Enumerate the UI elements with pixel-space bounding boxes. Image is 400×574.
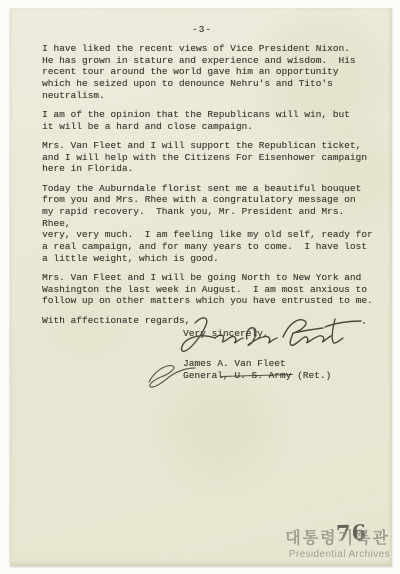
rank-pre: General: [183, 370, 223, 381]
letter-page: -3- I have liked the recent views of Vic…: [10, 8, 392, 566]
typed-name: James A. Van Fleet: [183, 358, 378, 370]
paragraph-republicans-win: I am of the opinion that the Republicans…: [42, 109, 378, 132]
rank-struck-text: , U. S. Army: [223, 370, 291, 382]
letter-body: I have liked the recent views of Vice Pr…: [10, 43, 392, 381]
paragraph-nixon: I have liked the recent views of Vice Pr…: [42, 43, 378, 102]
sign-off-line: Very sincerely,: [183, 328, 378, 340]
paragraph-republican-ticket: Mrs. Van Fleet and I will support the Re…: [42, 140, 378, 175]
closing-line: With affectionate regards,: [42, 315, 378, 327]
watermark-english: Presidential Archives: [150, 549, 390, 560]
rank-line: General, U. S. Army (Ret.): [183, 370, 378, 382]
paragraph-bouquet: Today the Auburndale florist sent me a b…: [42, 183, 378, 265]
signature-block: Very sincerely, James A. Van Fleet Gener…: [183, 328, 378, 381]
page-number: -3-: [32, 24, 372, 35]
archives-watermark: 대통령기록관 Presidential Archives: [150, 525, 390, 560]
scanned-letter: -3- I have liked the recent views of Vic…: [0, 0, 400, 574]
paragraph-travel-plans: Mrs. Van Fleet and I will be going North…: [42, 272, 378, 307]
watermark-korean: 대통령기록관: [150, 525, 390, 548]
rank-post: (Ret.): [291, 370, 331, 381]
